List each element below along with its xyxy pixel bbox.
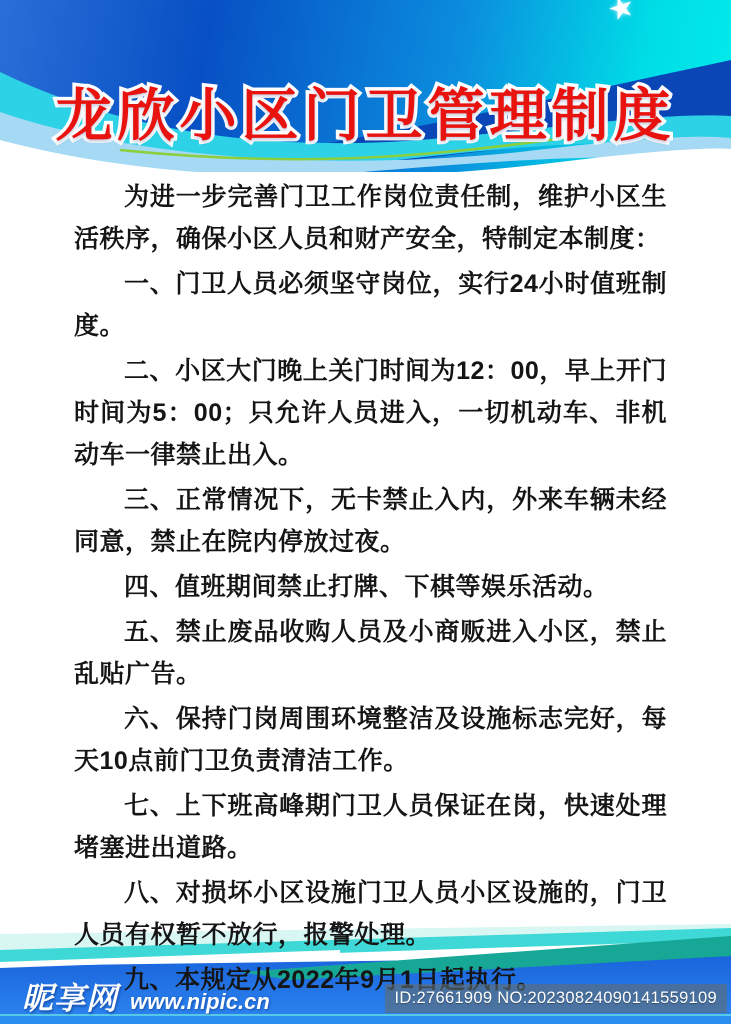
rules-text-block: 为进一步完善门卫工作岗位责任制，维护小区生活秩序，确保小区人员和财产安全，特制定…	[0, 168, 731, 1004]
rule-item-7: 七、上下班高峰期门卫人员保证在岗，快速处理堵塞进出道路。	[74, 785, 667, 869]
rule-item-4: 四、值班期间禁止打牌、下棋等娱乐活动。	[74, 566, 667, 608]
intro-paragraph: 为进一步完善门卫工作岗位责任制，维护小区生活秩序，确保小区人员和财产安全，特制定…	[74, 176, 667, 260]
poster-title: 龙欣小区门卫管理制度	[0, 70, 731, 152]
site-logo: 昵享网	[22, 973, 118, 1018]
rule-item-8: 八、对损坏小区设施门卫人员小区设施的，门卫人员有权暂不放行，报警处理。	[74, 872, 667, 956]
rule-item-3: 三、正常情况下，无卡禁止入内，外来车辆未经同意，禁止在院内停放过夜。	[74, 479, 667, 563]
rule-item-2: 二、小区大门晚上关门时间为12：00，早上开门时间为5：00；只允许人员进入，一…	[74, 350, 667, 476]
gatekeeper-rules-poster: ★ 龙欣小区门卫管理制度 为进一步完善门卫工作岗位责任制，维护小区生活秩序，确保…	[0, 0, 731, 1024]
site-url: www.nipic.cn	[130, 989, 270, 1015]
rule-item-1: 一、门卫人员必须坚守岗位，实行24小时值班制度。	[74, 263, 667, 347]
rule-item-6: 六、保持门岗周围环境整洁及设施标志完好，每天10点前门卫负责清洁工作。	[74, 698, 667, 782]
site-brand: 昵享网 www.nipic.cn	[22, 973, 270, 1018]
rule-item-5: 五、禁止废品收购人员及小商贩进入小区，禁止乱贴广告。	[74, 611, 667, 695]
image-id-badge: ID:27661909 NO:20230824090141559109	[385, 984, 727, 1013]
footer-bar: 昵享网 www.nipic.cn ID:27661909 NO:20230824…	[0, 966, 731, 1024]
